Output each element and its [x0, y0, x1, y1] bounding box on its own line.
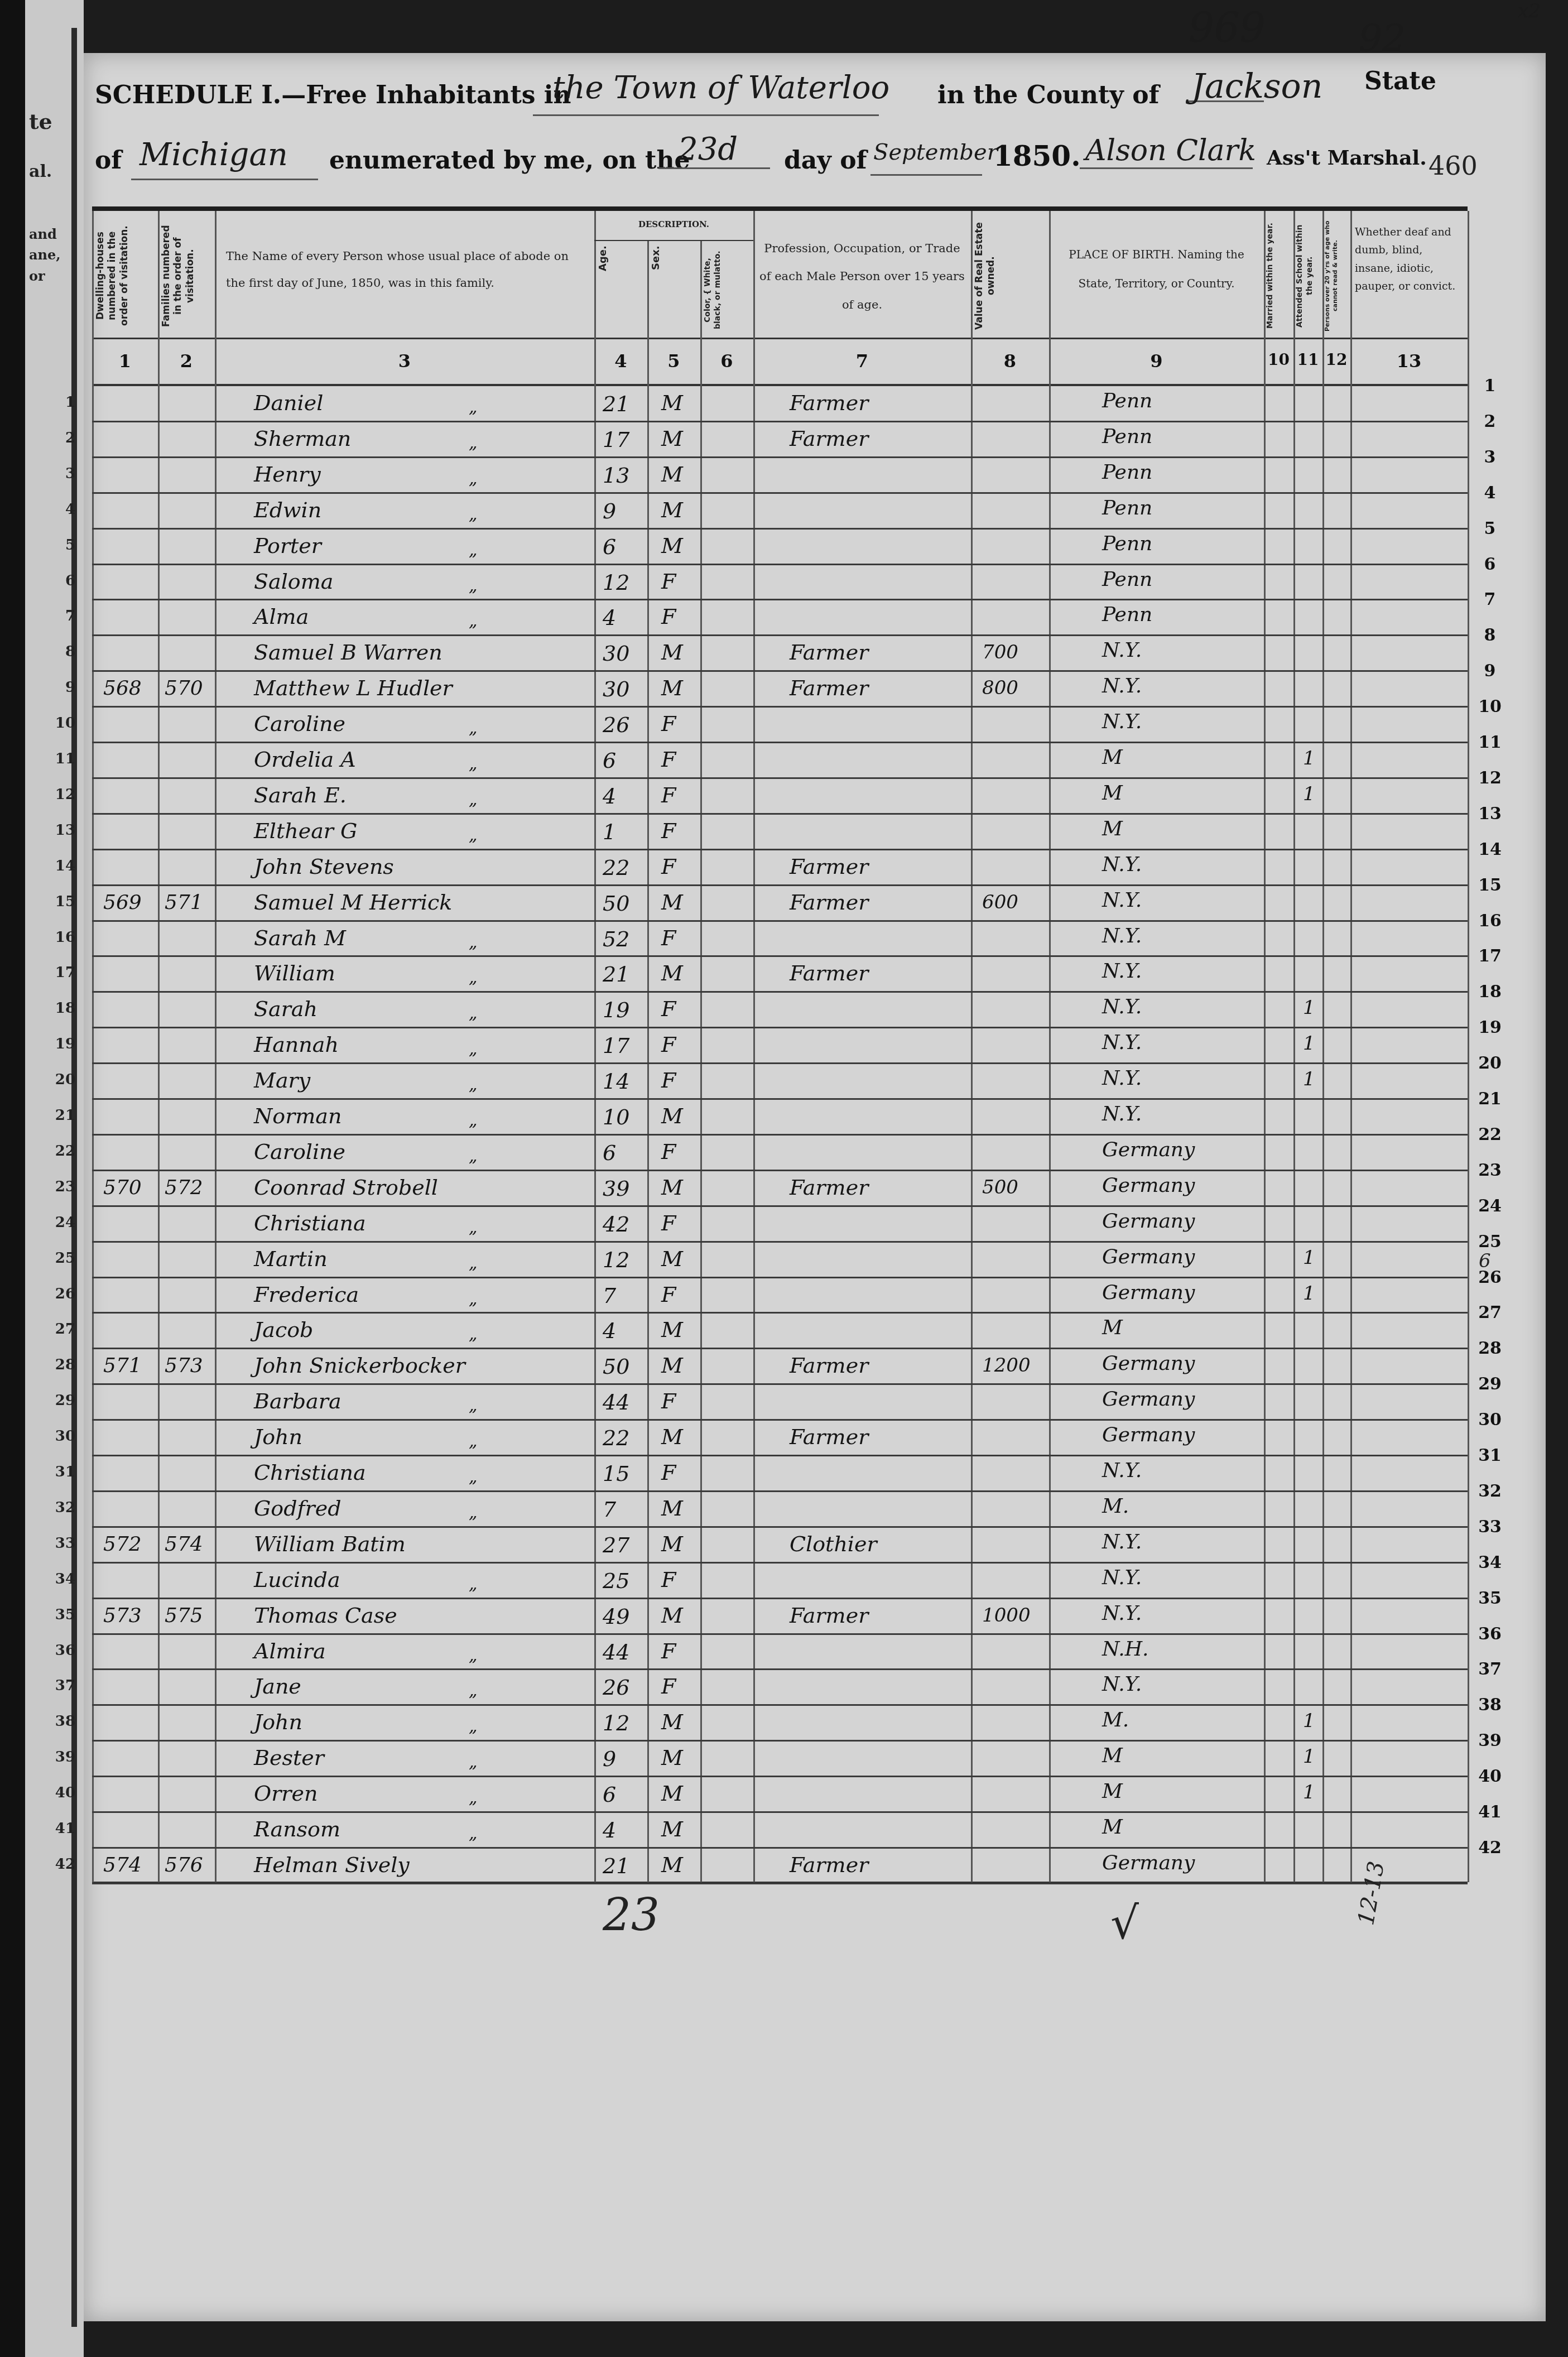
- person-name: Jane: [254, 1674, 301, 1699]
- age-value: 1: [603, 820, 616, 844]
- person-name: William Batim: [254, 1532, 406, 1556]
- side-mark-annotation: 6: [1479, 1250, 1491, 1272]
- left-line-number: 8: [53, 643, 75, 660]
- sex-value: F: [661, 854, 676, 879]
- real-estate-value: 1000: [982, 1604, 1031, 1627]
- left-line-number: 21: [53, 1107, 75, 1124]
- person-name: Barbara: [254, 1389, 342, 1413]
- person-name: Thomas Case: [254, 1603, 397, 1628]
- left-line-number: 17: [53, 964, 75, 981]
- person-name: Edwin: [254, 498, 321, 522]
- printed-line-number: 29: [1473, 1374, 1507, 1394]
- left-line-number: 18: [53, 1000, 75, 1017]
- col-number: 11: [1293, 350, 1322, 369]
- dwelling-number: 571: [103, 1354, 142, 1377]
- printed-line-number: 6: [1473, 555, 1507, 574]
- ditto-mark: „: [469, 397, 478, 417]
- row-rule: [92, 742, 1468, 743]
- tally-annotation: 23: [603, 1889, 660, 1941]
- birthplace-value: N.Y.: [1102, 1031, 1142, 1054]
- age-value: 4: [603, 784, 616, 809]
- ditto-mark: „: [469, 1574, 478, 1594]
- dwelling-number: 572: [103, 1533, 142, 1556]
- row-rule: [92, 1704, 1468, 1706]
- occupation-value: Farmer: [790, 1175, 868, 1200]
- row-rule: [92, 1312, 1468, 1314]
- left-line-number: 13: [53, 822, 75, 839]
- col-header-family: Families numbered in the order of visita…: [161, 219, 212, 333]
- sex-value: M: [661, 1247, 683, 1271]
- sex-value: F: [661, 997, 676, 1021]
- sex-value: F: [661, 569, 676, 594]
- left-line-number: 16: [53, 929, 75, 946]
- sex-value: M: [661, 1104, 683, 1128]
- col-number: 1: [92, 350, 158, 372]
- age-value: 14: [603, 1069, 629, 1094]
- occupation-value: Clothier: [790, 1532, 877, 1556]
- left-page-fragment: ane,: [29, 247, 61, 263]
- sex-value: F: [661, 747, 676, 772]
- sex-value: M: [661, 1745, 683, 1770]
- ditto-mark: „: [469, 1824, 478, 1843]
- colnum-bottom-rule: [92, 384, 1468, 386]
- dwelling-number: 568: [103, 677, 142, 700]
- sex-value: M: [661, 498, 683, 522]
- sex-value: M: [661, 1317, 683, 1342]
- printed-line-number: 1: [1473, 376, 1507, 396]
- birthplace-value: N.Y.: [1102, 1459, 1142, 1482]
- person-name: John: [254, 1425, 302, 1449]
- family-number: 572: [165, 1176, 203, 1199]
- sex-value: F: [661, 711, 676, 736]
- age-value: 12: [603, 1248, 629, 1272]
- row-rule: [92, 456, 1468, 458]
- printed-line-number: 22: [1473, 1125, 1507, 1144]
- birthplace-value: M.: [1102, 1709, 1129, 1731]
- school-mark: 1: [1303, 997, 1315, 1019]
- sex-value: F: [661, 1282, 676, 1307]
- ditto-mark: „: [469, 754, 478, 773]
- asst-marshal-label: Ass't Marshal.: [1267, 146, 1427, 170]
- of-label: of: [95, 146, 122, 175]
- sex-value: M: [661, 426, 683, 451]
- age-value: 7: [603, 1497, 616, 1522]
- col-header-color: Color, { White, black, or mulatto.: [703, 246, 751, 335]
- printed-line-number: 15: [1473, 876, 1507, 895]
- sex-value: M: [661, 676, 683, 700]
- col-header-real-estate: Value of Real Estate owned.: [974, 219, 1046, 333]
- birthplace-value: Germany: [1102, 1281, 1195, 1304]
- age-value: 4: [603, 605, 616, 630]
- township-value: the Town of Waterloo: [552, 70, 889, 106]
- left-line-number: 34: [53, 1571, 75, 1588]
- sex-value: F: [661, 1139, 676, 1164]
- family-number: 571: [165, 891, 203, 914]
- row-rule: [92, 1277, 1468, 1278]
- sex-value: F: [661, 1460, 676, 1485]
- ditto-mark: „: [469, 433, 478, 453]
- person-name: Matthew L Hudler: [254, 676, 453, 700]
- printed-line-number: 4: [1473, 483, 1507, 503]
- person-name: John Snickerbocker: [254, 1353, 465, 1378]
- row-rule: [92, 1419, 1468, 1421]
- printed-line-number: 11: [1473, 733, 1507, 752]
- stamp-number-2: 92: [1359, 17, 1406, 60]
- ditto-mark: „: [469, 469, 478, 488]
- person-name: Bester: [254, 1745, 324, 1770]
- printed-line-number: 14: [1473, 840, 1507, 859]
- age-value: 4: [603, 1818, 616, 1843]
- row-rule: [92, 1098, 1468, 1100]
- row-rule: [92, 1633, 1468, 1635]
- age-value: 17: [603, 427, 629, 452]
- person-name: Saloma: [254, 569, 333, 594]
- school-mark: 1: [1303, 783, 1315, 805]
- person-name: Helman Sively: [254, 1853, 410, 1877]
- person-name: Christiana: [254, 1460, 366, 1485]
- left-line-number: 40: [53, 1784, 75, 1801]
- enumerator-value: Alson Clark: [1085, 134, 1256, 167]
- printed-line-number: 33: [1473, 1517, 1507, 1537]
- birthplace-value: Germany: [1102, 1851, 1195, 1874]
- binding-rule: [71, 28, 77, 2327]
- sex-value: F: [661, 783, 676, 807]
- col-number: 4: [594, 350, 647, 372]
- left-line-number: 5: [53, 537, 75, 554]
- ditto-mark: „: [469, 718, 478, 738]
- birthplace-value: M.: [1102, 1495, 1129, 1518]
- ditto-mark: „: [469, 1788, 478, 1807]
- page-number: 460: [1428, 151, 1478, 181]
- col-number: 12: [1322, 350, 1350, 369]
- printed-line-number: 21: [1473, 1089, 1507, 1109]
- left-line-number: 23: [53, 1178, 75, 1195]
- birthplace-value: Penn: [1102, 389, 1152, 412]
- ditto-mark: „: [469, 611, 478, 631]
- person-name: Porter: [254, 533, 321, 558]
- left-line-number: 6: [53, 573, 75, 589]
- birthplace-value: N.Y.: [1102, 710, 1142, 733]
- sex-value: M: [661, 1496, 683, 1521]
- birthplace-value: N.Y.: [1102, 1602, 1142, 1625]
- day-of-label: day of: [784, 146, 867, 175]
- age-value: 12: [603, 570, 629, 595]
- ditto-mark: „: [469, 504, 478, 524]
- family-number: 576: [165, 1854, 203, 1877]
- age-value: 6: [603, 1782, 616, 1807]
- birthplace-value: Germany: [1102, 1245, 1195, 1268]
- family-number: 575: [165, 1604, 203, 1627]
- age-value: 50: [603, 891, 629, 916]
- col-header-occupation: Profession, Occupation, or Trade of each…: [759, 234, 965, 319]
- age-value: 6: [603, 1141, 616, 1165]
- printed-line-number: 19: [1473, 1018, 1507, 1037]
- person-name: Frederica: [254, 1282, 359, 1307]
- ditto-mark: „: [469, 1039, 478, 1059]
- ditto-mark: „: [469, 1646, 478, 1665]
- person-name: Alma: [254, 604, 309, 629]
- printed-line-number: 10: [1473, 697, 1507, 716]
- person-name: Mary: [254, 1068, 310, 1093]
- row-rule: [92, 1883, 1468, 1884]
- birthplace-value: N.Y.: [1102, 639, 1142, 662]
- sex-value: F: [661, 604, 676, 629]
- ditto-mark: „: [469, 1681, 478, 1700]
- row-rule: [92, 670, 1468, 672]
- left-line-number: 12: [53, 786, 75, 803]
- school-mark: 1: [1303, 1247, 1315, 1269]
- left-line-number: 31: [53, 1464, 75, 1480]
- age-value: 22: [603, 855, 629, 880]
- birthplace-value: N.H.: [1102, 1638, 1148, 1661]
- birthplace-value: N.Y.: [1102, 853, 1142, 876]
- sex-value: F: [661, 1674, 676, 1699]
- row-rule: [92, 1526, 1468, 1528]
- sex-value: F: [661, 1567, 676, 1592]
- col-header-school: Attended School within the year.: [1295, 219, 1321, 333]
- birthplace-value: Germany: [1102, 1138, 1195, 1161]
- printed-line-number: 16: [1473, 911, 1507, 931]
- printed-line-number: 30: [1473, 1410, 1507, 1430]
- left-line-number: 15: [53, 893, 75, 910]
- row-rule: [92, 634, 1468, 636]
- printed-line-number: 5: [1473, 519, 1507, 538]
- printed-line-number: 18: [1473, 982, 1507, 1002]
- row-rule: [92, 564, 1468, 565]
- left-line-number: 4: [53, 501, 75, 518]
- person-name: Orren: [254, 1781, 318, 1806]
- left-page-fragment: al.: [29, 162, 52, 181]
- birthplace-value: M: [1102, 1744, 1123, 1767]
- check-mark-annotation: √: [1110, 1897, 1139, 1949]
- row-rule: [92, 1776, 1468, 1777]
- age-value: 49: [603, 1604, 629, 1629]
- birthplace-value: Germany: [1102, 1388, 1195, 1411]
- row-rule: [92, 920, 1468, 922]
- ditto-mark: „: [469, 1253, 478, 1273]
- year-label: 1850.: [993, 140, 1081, 172]
- sex-value: M: [661, 1710, 683, 1734]
- left-page-fragment: and: [29, 226, 57, 242]
- age-value: 17: [603, 1033, 629, 1058]
- left-line-number: 1: [53, 394, 75, 411]
- birthplace-value: N.Y.: [1102, 995, 1142, 1018]
- printed-line-number: 25: [1473, 1232, 1507, 1252]
- birthplace-value: M: [1102, 782, 1123, 805]
- table-top-rule: [92, 206, 1468, 211]
- age-value: 6: [603, 535, 616, 559]
- school-mark: 1: [1303, 1032, 1315, 1055]
- row-rule: [92, 777, 1468, 779]
- sex-value: M: [661, 391, 683, 415]
- age-value: 44: [603, 1640, 629, 1665]
- age-value: 52: [603, 927, 629, 951]
- month-value: September: [873, 140, 998, 165]
- printed-line-number: 35: [1473, 1589, 1507, 1608]
- person-name: Lucinda: [254, 1567, 340, 1592]
- dwelling-number: 570: [103, 1176, 142, 1199]
- age-value: 9: [603, 1747, 616, 1771]
- school-mark: 1: [1303, 1282, 1315, 1305]
- col-header-birthplace: PLACE OF BIRTH. Naming the State, Territ…: [1055, 240, 1258, 298]
- person-name: Coonrad Strobell: [254, 1175, 438, 1200]
- school-mark: 1: [1303, 747, 1315, 769]
- printed-line-number: 36: [1473, 1624, 1507, 1644]
- printed-line-number: 24: [1473, 1196, 1507, 1216]
- ditto-mark: „: [469, 1146, 478, 1166]
- birthplace-value: N.Y.: [1102, 1566, 1142, 1589]
- ditto-mark: „: [469, 576, 478, 595]
- ditto-mark: „: [469, 1396, 478, 1415]
- age-value: 19: [603, 998, 629, 1022]
- occupation-value: Farmer: [790, 961, 868, 985]
- sex-value: M: [661, 640, 683, 665]
- row-rule: [92, 421, 1468, 422]
- real-estate-value: 800: [982, 677, 1018, 699]
- left-page-fragment: or: [29, 268, 45, 284]
- ditto-mark: „: [469, 540, 478, 560]
- row-rule: [92, 1062, 1468, 1064]
- sex-value: M: [661, 1353, 683, 1378]
- person-name: Hannah: [254, 1032, 339, 1057]
- occupation-value: Farmer: [790, 1853, 868, 1877]
- age-value: 13: [603, 463, 629, 488]
- person-name: John: [254, 1710, 302, 1734]
- age-value: 42: [603, 1212, 629, 1237]
- enumerated-label: enumerated by me, on the: [329, 146, 690, 175]
- left-line-number: 36: [53, 1642, 75, 1659]
- printed-line-number: 42: [1473, 1838, 1507, 1858]
- sex-value: F: [661, 1211, 676, 1235]
- birthplace-value: Penn: [1102, 497, 1152, 519]
- header-bottom-rule: [92, 338, 1468, 339]
- printed-line-number: 23: [1473, 1161, 1507, 1180]
- age-value: 4: [603, 1319, 616, 1343]
- row-rule: [92, 706, 1468, 708]
- occupation-value: Farmer: [790, 1425, 868, 1449]
- printed-line-number: 31: [1473, 1446, 1507, 1465]
- ditto-mark: „: [469, 1503, 478, 1522]
- ditto-mark: „: [469, 1289, 478, 1309]
- printed-line-number: 12: [1473, 768, 1507, 788]
- row-rule: [92, 1668, 1468, 1670]
- left-line-number: 7: [53, 608, 75, 624]
- occupation-value: Farmer: [790, 1603, 868, 1628]
- state-label: State: [1364, 67, 1436, 95]
- birthplace-value: Germany: [1102, 1174, 1195, 1197]
- sex-value: M: [661, 1425, 683, 1449]
- state-value: Michigan: [140, 137, 288, 173]
- occupation-value: Farmer: [790, 1353, 868, 1378]
- dwelling-number: 569: [103, 891, 142, 914]
- col-number: 7: [753, 350, 971, 372]
- sex-value: M: [661, 1853, 683, 1877]
- age-value: 39: [603, 1176, 629, 1201]
- left-line-number: 27: [53, 1321, 75, 1338]
- school-mark: 1: [1303, 1745, 1315, 1768]
- birthplace-value: Germany: [1102, 1423, 1195, 1446]
- age-value: 30: [603, 677, 629, 701]
- birthplace-value: Penn: [1102, 425, 1152, 448]
- row-rule: [92, 1241, 1468, 1243]
- ditto-mark: „: [469, 968, 478, 987]
- birthplace-value: M: [1102, 817, 1123, 840]
- occupation-value: Farmer: [790, 391, 868, 415]
- age-value: 44: [603, 1390, 629, 1415]
- col-number: 10: [1264, 350, 1293, 369]
- col-header-dwelling: Dwelling-houses numbered in the order of…: [95, 219, 155, 333]
- row-rule: [92, 991, 1468, 993]
- birthplace-value: Penn: [1102, 603, 1152, 626]
- state-line: [131, 179, 318, 180]
- age-value: 50: [603, 1354, 629, 1379]
- left-line-number: 33: [53, 1535, 75, 1552]
- ditto-mark: „: [469, 1218, 478, 1237]
- left-line-number: 25: [53, 1250, 75, 1267]
- sex-value: M: [661, 1532, 683, 1556]
- age-value: 21: [603, 1854, 629, 1878]
- row-rule: [92, 1740, 1468, 1742]
- left-line-number: 41: [53, 1820, 75, 1837]
- row-rule: [92, 1205, 1468, 1207]
- person-name: Henry: [254, 462, 321, 487]
- birthplace-value: N.Y.: [1102, 1531, 1142, 1553]
- ditto-mark: „: [469, 1716, 478, 1736]
- age-value: 10: [603, 1105, 629, 1129]
- col-header-infirmity: Whether deaf and dumb, blind, insane, id…: [1355, 223, 1464, 295]
- person-name: Ordelia A: [254, 747, 356, 772]
- ditto-mark: „: [469, 1003, 478, 1023]
- sex-value: M: [661, 462, 683, 487]
- row-rule: [92, 1348, 1468, 1349]
- real-estate-value: 500: [982, 1176, 1018, 1199]
- printed-line-number: 3: [1473, 448, 1507, 467]
- printed-line-number: 20: [1473, 1054, 1507, 1073]
- dwelling-number: 573: [103, 1604, 142, 1627]
- printed-line-number: 9: [1473, 661, 1507, 681]
- birthplace-value: Penn: [1102, 568, 1152, 591]
- row-rule: [92, 1383, 1468, 1385]
- person-name: Ransom: [254, 1817, 340, 1841]
- row-rule: [92, 1847, 1468, 1849]
- birthplace-value: N.Y.: [1102, 1673, 1142, 1696]
- person-name: Jacob: [254, 1317, 313, 1342]
- county-label: in the County of: [937, 81, 1159, 109]
- printed-line-number: 7: [1473, 590, 1507, 609]
- birthplace-value: M: [1102, 746, 1123, 769]
- printed-line-number: 38: [1473, 1695, 1507, 1715]
- real-estate-value: 1200: [982, 1354, 1031, 1377]
- person-name: Elthear G: [254, 819, 357, 843]
- age-value: 30: [603, 641, 629, 666]
- printed-line-number: 2: [1473, 412, 1507, 431]
- col-header-illiterate: Persons over 20 y'rs of age who cannot r…: [1324, 219, 1349, 333]
- day-value: 23d: [678, 131, 738, 167]
- township-line: [533, 114, 879, 116]
- col-header-description: DESCRIPTION.: [594, 219, 753, 230]
- left-line-number: 19: [53, 1036, 75, 1052]
- sex-value: M: [661, 533, 683, 558]
- person-name: Samuel B Warren: [254, 640, 442, 665]
- birthplace-value: N.Y.: [1102, 960, 1142, 983]
- family-number: 573: [165, 1354, 203, 1377]
- left-line-number: 38: [53, 1713, 75, 1730]
- left-line-number: 26: [53, 1286, 75, 1302]
- stamp-number: 969: [1189, 4, 1265, 51]
- sex-value: F: [661, 926, 676, 950]
- printed-line-number: 17: [1473, 946, 1507, 966]
- person-name: Caroline: [254, 1139, 345, 1164]
